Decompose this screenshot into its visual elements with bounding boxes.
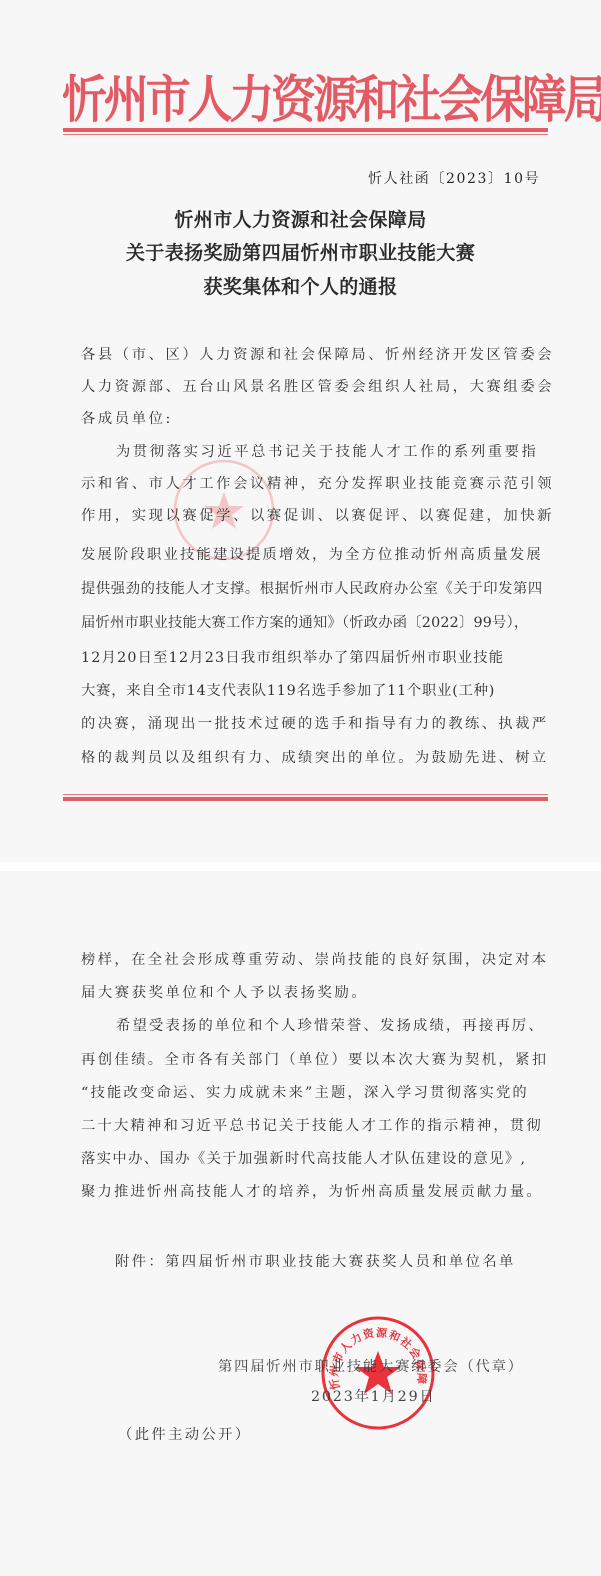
page-break xyxy=(0,862,601,871)
body-line: 落实中办、国办《关于加强新时代高技能人才队伍建设的意见》, xyxy=(81,1149,541,1169)
body-line: 届大赛获奖单位和个人予以表扬奖励。 xyxy=(81,983,541,1003)
signature-date: 2023年1月29日 xyxy=(311,1387,436,1407)
document-page-2: 榜样，在全社会形成尊重劳动、崇尚技能的良好氛围，决定对本 届大赛获奖单位和个人予… xyxy=(0,871,601,1576)
addressee-line-2: 人力资源部、五台山风景名胜区管委会组织人社局，大赛组委会 xyxy=(81,377,541,397)
body-line: 作用，实现以赛促学、以赛促训、以赛促评、以赛促建，加快新 xyxy=(81,506,541,526)
attachment-note: 附件：第四届忻州市职业技能大赛获奖人员和单位名单 xyxy=(115,1252,575,1272)
body-line: 届忻州市职业技能大赛工作方案的通知》（忻政办函〔2022〕99号）， xyxy=(81,613,541,633)
signature-issuer: 第四届忻州市职业技能大赛组委会（代章） xyxy=(218,1357,524,1377)
body-line: 大赛，来自全市14支代表队119名选手参加了11个职业(工种) xyxy=(81,681,541,701)
title-line-1: 忻州市人力资源和社会保障局 xyxy=(0,205,601,232)
masthead-red-rule xyxy=(63,128,548,135)
body-line: 发展阶段职业技能建设提质增效，为全方位推动忻州高质量发展 xyxy=(81,545,541,565)
body-line: 格的裁判员以及组织有力、成绩突出的单位。为鼓励先进、树立 xyxy=(81,748,541,768)
body-line: 提供强劲的技能人才支撑。根据忻州市人民政府办公室《关于印发第四 xyxy=(81,579,541,599)
footer-red-rule xyxy=(63,794,548,801)
body-line: 榜样，在全社会形成尊重劳动、崇尚技能的良好氛围，决定对本 xyxy=(81,950,541,970)
addressee-line-1: 各县（市、区）人力资源和社会保障局、忻州经济开发区管委会 xyxy=(81,345,541,365)
body-line: 聚力推进忻州高技能人才的培养，为忻州高质量发展贡献力量。 xyxy=(81,1182,541,1202)
body-line: 的决赛，涌现出一批技术过硬的选手和指导有力的教练、执裁严 xyxy=(81,714,541,734)
body-line: 希望受表扬的单位和个人珍惜荣誉、发扬成绩，再接再厉、 xyxy=(116,1016,576,1036)
title-line-3: 获奖集体和个人的通报 xyxy=(0,272,601,299)
document-page-1: 忻州市人力资源和社会保障局 忻人社函〔2023〕10号 忻州市人力资源和社会保障… xyxy=(0,0,601,862)
body-line: 为贯彻落实习近平总书记关于技能人才工作的系列重要指 xyxy=(116,442,576,462)
body-line: 再创佳绩。全市各有关部门（单位）要以本次大赛为契机，紧扣 xyxy=(81,1050,541,1070)
body-line: 示和省、市人才工作会议精神，充分发挥职业技能竞赛示范引领 xyxy=(81,474,541,494)
doc-number: 忻人社函〔2023〕10号 xyxy=(368,168,540,188)
body-line: 二十大精神和习近平总书记关于技能人才工作的指示精神，贯彻 xyxy=(81,1116,541,1136)
body-line: 12月20日至12月23日我市组织举办了第四届忻州市职业技能 xyxy=(81,648,541,668)
issuer-masthead: 忻州市人力资源和社会保障局 xyxy=(62,72,540,128)
body-line: “技能改变命运、实力成就未来”主题，深入学习贯彻落实党的 xyxy=(81,1083,541,1103)
addressee-line-3: 各成员单位: xyxy=(81,409,541,429)
disclosure-note: （此件主动公开） xyxy=(118,1425,252,1445)
title-line-2: 关于表扬奖励第四届忻州市职业技能大赛 xyxy=(0,238,601,265)
